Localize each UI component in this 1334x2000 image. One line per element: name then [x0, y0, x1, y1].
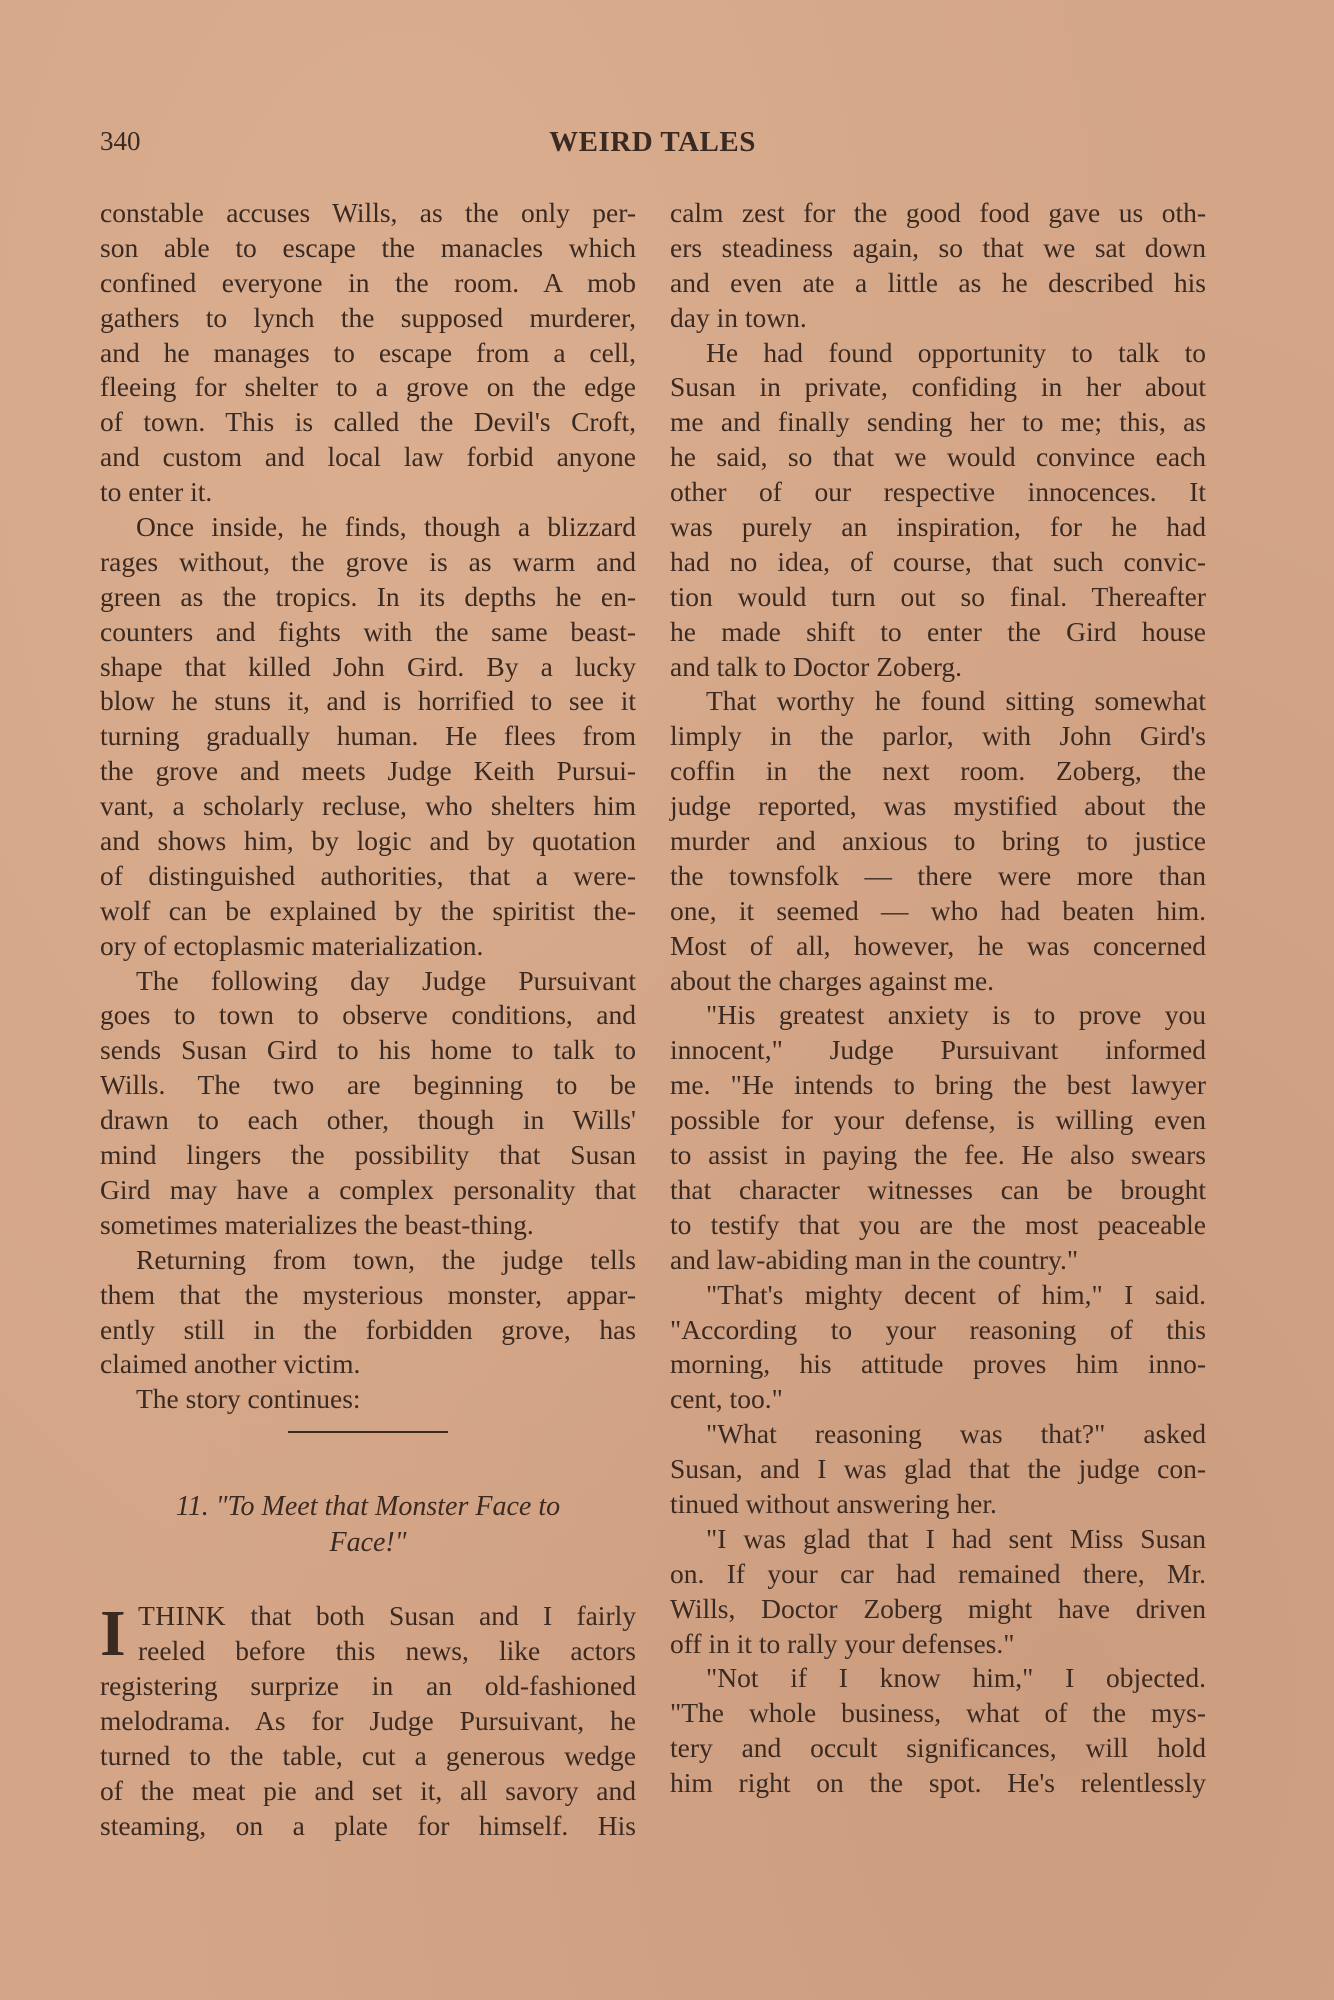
text-line: tery and occult significances, will hold: [670, 1731, 1206, 1766]
text-line: Gird may have a complex personality that: [100, 1173, 636, 1208]
paragraph: "That's mighty decent of him," I said. "…: [670, 1278, 1206, 1418]
text-line: the townsfolk — there were more than: [670, 859, 1206, 894]
text-line: steaming, on a plate for himself. His: [100, 1809, 636, 1844]
text-line: and custom and local law forbid anyone: [100, 440, 636, 475]
paragraph: That worthy he found sitting somewhat li…: [670, 684, 1206, 998]
text-line: calm zest for the good food gave us oth-: [670, 196, 1206, 231]
text-line: "That's mighty decent of him," I said.: [670, 1278, 1206, 1313]
text-line: registering surprize in an old-fashioned: [100, 1669, 636, 1704]
text-line: fleeing for shelter to a grove on the ed…: [100, 370, 636, 405]
text-line: counters and fights with the same beast-: [100, 615, 636, 650]
paragraph: "Not if I know him," I objected. "The wh…: [670, 1661, 1206, 1801]
text-line: he said, so that we would convince each: [670, 440, 1206, 475]
text-line: cent, too.": [670, 1382, 1206, 1417]
text-line: "His greatest anxiety is to prove you: [670, 998, 1206, 1033]
text-line: "The whole business, what of the mys-: [670, 1696, 1206, 1731]
text-line: rages without, the grove is as warm and: [100, 545, 636, 580]
text-line: he made shift to enter the Gird house: [670, 615, 1206, 650]
small-caps-lead: THINK: [138, 1600, 226, 1631]
text-line: tion would turn out so final. Thereafter: [670, 580, 1206, 615]
text-line: one, it seemed — who had beaten him.: [670, 894, 1206, 929]
text-line: wolf can be explained by the spiritist t…: [100, 894, 636, 929]
text-line: judge reported, was mystified about the: [670, 789, 1206, 824]
drop-cap: I: [100, 1603, 126, 1665]
text-line: day in town.: [670, 301, 1206, 336]
text-line: and shows him, by logic and by quotation: [100, 824, 636, 859]
text-line: possible for your defense, is willing ev…: [670, 1103, 1206, 1138]
text-line: Most of all, however, he was concerned: [670, 929, 1206, 964]
text-line: to assist in paying the fee. He also swe…: [670, 1138, 1206, 1173]
text-line: Once inside, he finds, though a blizzard: [100, 510, 636, 545]
text-line: and even ate a little as he described hi…: [670, 266, 1206, 301]
chapter-heading-line: Face!": [120, 1525, 616, 1561]
text-line: him right on the spot. He's relentlessly: [670, 1766, 1206, 1801]
text-line: Wills. The two are beginning to be: [100, 1068, 636, 1103]
text-line: on. If your car had remained there, Mr.: [670, 1557, 1206, 1592]
text-line: the grove and meets Judge Keith Pursui-: [100, 754, 636, 789]
text-line: of town. This is called the Devil's Crof…: [100, 405, 636, 440]
text-line: to enter it.: [100, 475, 636, 510]
text-line: to testify that you are the most peaceab…: [670, 1208, 1206, 1243]
story-continues-text: The story continues:: [100, 1382, 636, 1417]
text-line: melodrama. As for Judge Pursuivant, he: [100, 1704, 636, 1739]
section-divider: [288, 1431, 448, 1433]
text-line: ers steadiness again, so that we sat dow…: [670, 231, 1206, 266]
text-line: "What reasoning was that?" asked: [670, 1417, 1206, 1452]
text-line: coffin in the next room. Zoberg, the: [670, 754, 1206, 789]
text-line: off in it to rally your defenses.": [670, 1627, 1206, 1662]
chapter-heading: 11. "To Meet that Monster Face to Face!": [100, 1489, 636, 1561]
text-line: me. "He intends to bring the best lawyer: [670, 1068, 1206, 1103]
text-line: reeled before this news, like actors: [100, 1634, 636, 1669]
paragraph: He had found opportunity to talk to Susa…: [670, 336, 1206, 685]
text-line: about the charges against me.: [670, 964, 1206, 999]
text-line: sometimes materializes the beast-thing.: [100, 1208, 636, 1243]
text-line: innocent," Judge Pursuivant informed: [670, 1033, 1206, 1068]
text-line: them that the mysterious monster, appar-: [100, 1278, 636, 1313]
text-line: ently still in the forbidden grove, has: [100, 1313, 636, 1348]
text-line: turning gradually human. He flees from: [100, 719, 636, 754]
text-line: mind lingers the possibility that Susan: [100, 1138, 636, 1173]
text-line: Susan in private, confiding in her about: [670, 370, 1206, 405]
text-line: That worthy he found sitting somewhat: [670, 684, 1206, 719]
text-line: of distinguished authorities, that a wer…: [100, 859, 636, 894]
text-line: drawn to each other, though in Wills': [100, 1103, 636, 1138]
text-line: THINK that both Susan and I fairly: [100, 1599, 636, 1634]
text-line: ory of ectoplasmic materialization.: [100, 929, 636, 964]
text-line: that character witnesses can be brought: [670, 1173, 1206, 1208]
text-line: me and finally sending her to me; this, …: [670, 405, 1206, 440]
synopsis-paragraph-3: The following day Judge Pursuivant goes …: [100, 964, 636, 1243]
right-column: calm zest for the good food gave us oth-…: [670, 196, 1206, 1801]
text-line: had no idea, of course, that such convic…: [670, 545, 1206, 580]
magazine-title: WEIRD TALES: [100, 126, 1205, 159]
synopsis-paragraph-4: Returning from town, the judge tells the…: [100, 1243, 636, 1383]
text-line: confined everyone in the room. A mob: [100, 266, 636, 301]
text-line: and law-abiding man in the country.": [670, 1243, 1206, 1278]
text-line: vant, a scholarly recluse, who shelters …: [100, 789, 636, 824]
text-line: He had found opportunity to talk to: [670, 336, 1206, 371]
paragraph: calm zest for the good food gave us oth-…: [670, 196, 1206, 336]
text-line: goes to town to observe conditions, and: [100, 998, 636, 1033]
story-paragraph-1: I THINK that both Susan and I fairly ree…: [100, 1599, 636, 1843]
text-line: shape that killed John Gird. By a lucky: [100, 650, 636, 685]
chapter-heading-line: 11. "To Meet that Monster Face to: [120, 1489, 616, 1525]
text-line: of the meat pie and set it, all savory a…: [100, 1774, 636, 1809]
paragraph: "What reasoning was that?" asked Susan, …: [670, 1417, 1206, 1522]
text-line: gathers to lynch the supposed murderer,: [100, 301, 636, 336]
text-fragment: that both Susan and I fairly: [226, 1600, 636, 1631]
text-line: and he manages to escape from a cell,: [100, 336, 636, 371]
text-line: Wills, Doctor Zoberg might have driven: [670, 1592, 1206, 1627]
paragraph: "I was glad that I had sent Miss Susan o…: [670, 1522, 1206, 1662]
running-head: 340 WEIRD TALES: [100, 126, 1205, 166]
text-line: "Not if I know him," I objected.: [670, 1661, 1206, 1696]
text-line: claimed another victim.: [100, 1347, 636, 1382]
left-column: constable accuses Wills, as the only per…: [100, 196, 636, 1843]
text-line: was purely an inspiration, for he had: [670, 510, 1206, 545]
text-line: sends Susan Gird to his home to talk to: [100, 1033, 636, 1068]
text-line: blow he stuns it, and is horrified to se…: [100, 684, 636, 719]
synopsis-paragraph-2: Once inside, he finds, though a blizzard…: [100, 510, 636, 964]
text-line: constable accuses Wills, as the only per…: [100, 196, 636, 231]
text-line: and talk to Doctor Zoberg.: [670, 650, 1206, 685]
paragraph: "His greatest anxiety is to prove you in…: [670, 998, 1206, 1277]
text-line: son able to escape the manacles which: [100, 231, 636, 266]
text-line: limply in the parlor, with John Gird's: [670, 719, 1206, 754]
text-line: turned to the table, cut a generous wedg…: [100, 1739, 636, 1774]
text-line: "According to your reasoning of this: [670, 1313, 1206, 1348]
synopsis-paragraph-1: constable accuses Wills, as the only per…: [100, 196, 636, 510]
text-line: green as the tropics. In its depths he e…: [100, 580, 636, 615]
text-line: Susan, and I was glad that the judge con…: [670, 1452, 1206, 1487]
text-line: other of our respective innocences. It: [670, 475, 1206, 510]
magazine-page: 340 WEIRD TALES constable accuses Wills,…: [0, 0, 1334, 2000]
text-line: The following day Judge Pursuivant: [100, 964, 636, 999]
text-line: tinued without answering her.: [670, 1487, 1206, 1522]
text-line: Returning from town, the judge tells: [100, 1243, 636, 1278]
text-line: murder and anxious to bring to justice: [670, 824, 1206, 859]
text-line: morning, his attitude proves him inno-: [670, 1347, 1206, 1382]
text-line: "I was glad that I had sent Miss Susan: [670, 1522, 1206, 1557]
